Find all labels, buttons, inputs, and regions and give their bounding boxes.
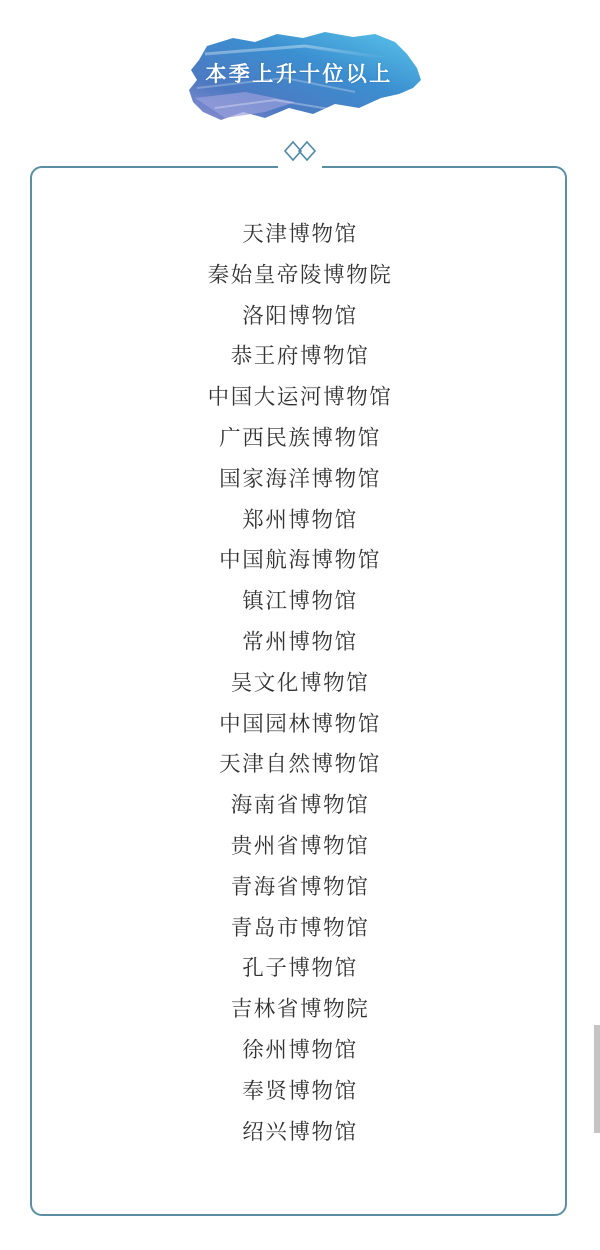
list-item: 海南省博物馆 <box>30 786 570 827</box>
list-item: 镇江博物馆 <box>30 582 570 623</box>
list-item: 中国大运河博物馆 <box>30 378 570 419</box>
section-title: 本季上升十位以上 <box>185 59 413 89</box>
list-item: 吴文化博物馆 <box>30 664 570 705</box>
list-item: 青岛市博物馆 <box>30 909 570 950</box>
list-item: 孔子博物馆 <box>30 949 570 990</box>
museum-list: 天津博物馆 秦始皇帝陵博物院 洛阳博物馆 恭王府博物馆 中国大运河博物馆 广西民… <box>30 215 570 1153</box>
double-diamond-icon <box>282 139 318 163</box>
list-item: 贵州省博物馆 <box>30 827 570 868</box>
list-item: 郑州博物馆 <box>30 501 570 542</box>
list-item: 吉林省博物院 <box>30 990 570 1031</box>
list-item: 广西民族博物馆 <box>30 419 570 460</box>
list-item: 奉贤博物馆 <box>30 1072 570 1113</box>
list-item: 青海省博物馆 <box>30 868 570 909</box>
section-title-banner: 本季上升十位以上 <box>185 28 425 123</box>
list-item: 秦始皇帝陵博物院 <box>30 256 570 297</box>
list-item: 天津自然博物馆 <box>30 745 570 786</box>
list-item: 徐州博物馆 <box>30 1031 570 1072</box>
list-item: 绍兴博物馆 <box>30 1113 570 1154</box>
frame-top-gap <box>278 162 322 170</box>
list-item: 中国航海博物馆 <box>30 541 570 582</box>
list-item: 中国园林博物馆 <box>30 705 570 746</box>
list-item: 恭王府博物馆 <box>30 337 570 378</box>
list-item: 国家海洋博物馆 <box>30 460 570 501</box>
list-item: 洛阳博物馆 <box>30 297 570 338</box>
vertical-scrollbar[interactable] <box>594 1025 600 1133</box>
list-item: 常州博物馆 <box>30 623 570 664</box>
list-item: 天津博物馆 <box>30 215 570 256</box>
